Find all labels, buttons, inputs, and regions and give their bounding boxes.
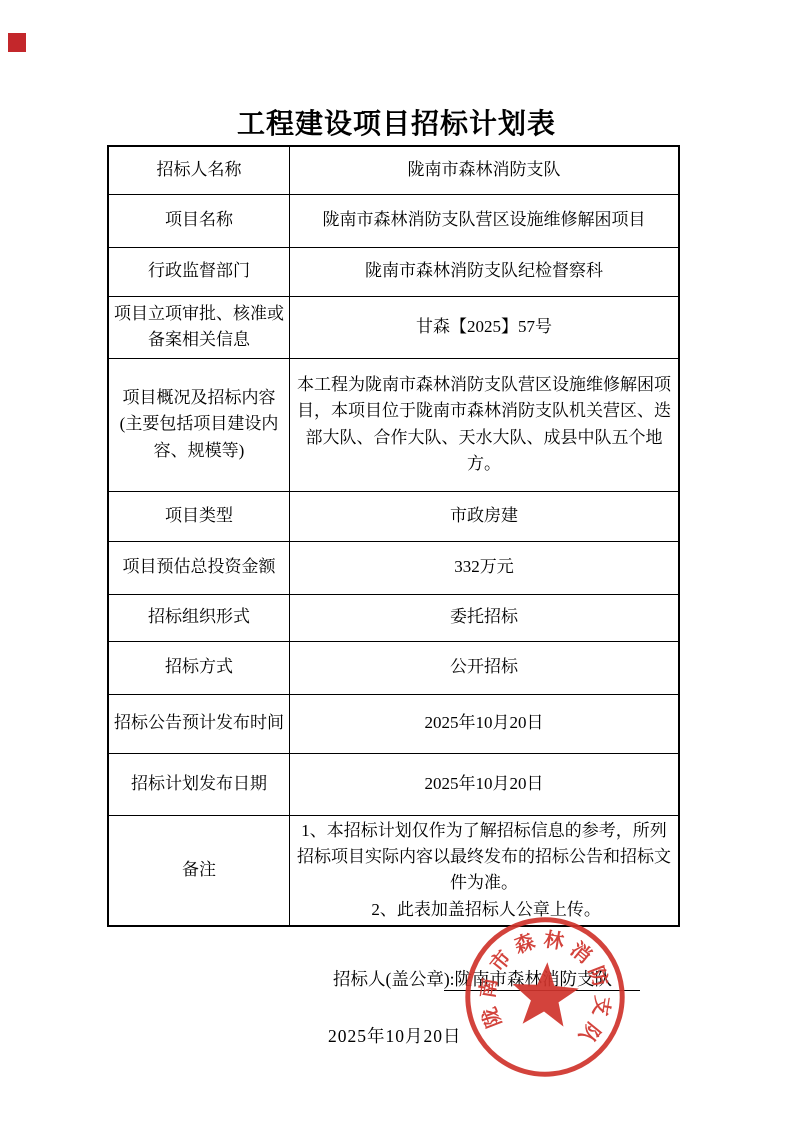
seal-char: 市: [486, 946, 516, 976]
row-label-remarks: 备注: [108, 815, 290, 926]
seal-char: 林: [542, 927, 566, 954]
seal-char: 队: [574, 1018, 604, 1048]
seal-char: 森: [511, 929, 538, 959]
row-value-announcement-time: 2025年10月20日: [290, 694, 680, 753]
row-label-bidder-name: 招标人名称: [108, 146, 290, 194]
table-row: 招标公告预计发布时间 2025年10月20日: [108, 694, 679, 753]
seal-char: 南: [476, 976, 502, 999]
table-row: 项目类型 市政房建: [108, 491, 679, 541]
row-value-estimated-investment: 332万元: [290, 541, 680, 594]
table-row: 备注 1、本招标计划仅作为了解招标信息的参考，所列招标项目实际内容以最终发布的招…: [108, 815, 679, 926]
row-label-organization-form: 招标组织形式: [108, 594, 290, 641]
table-row: 项目概况及招标内容(主要包括项目建设内容、规模等) 本工程为陇南市森林消防支队营…: [108, 358, 679, 491]
row-value-supervision-dept: 陇南市森林消防支队纪检督察科: [290, 247, 680, 296]
seal-char: 消: [566, 937, 597, 968]
row-value-remarks: 1、本招标计划仅作为了解招标信息的参考，所列招标项目实际内容以最终发布的招标公告…: [290, 815, 680, 926]
red-square-marker: [8, 33, 26, 52]
row-value-project-type: 市政房建: [290, 491, 680, 541]
row-value-project-overview: 本工程为陇南市森林消防支队营区设施维修解困项目，本项目位于陇南市森林消防支队机关…: [290, 358, 680, 491]
table-row: 项目名称 陇南市森林消防支队营区设施维修解困项目: [108, 194, 679, 247]
official-seal: 陇 南 市 森 林 消 防 支 队: [462, 914, 628, 1080]
row-value-bidding-method: 公开招标: [290, 641, 680, 694]
page-title: 工程建设项目招标计划表: [0, 102, 793, 142]
table-row: 招标人名称 陇南市森林消防支队: [108, 146, 679, 194]
table-row: 招标计划发布日期 2025年10月20日: [108, 753, 679, 815]
row-value-approval-info: 甘森【2025】57号: [290, 296, 680, 358]
row-label-project-type: 项目类型: [108, 491, 290, 541]
date-line: 2025年10月20日: [328, 1023, 462, 1048]
seal-char: 防: [584, 963, 614, 990]
row-label-project-overview: 项目概况及招标内容(主要包括项目建设内容、规模等): [108, 358, 290, 491]
seal-char: 陇: [477, 1004, 507, 1031]
seal-star-icon: [511, 959, 583, 1031]
table-row: 行政监督部门 陇南市森林消防支队纪检督察科: [108, 247, 679, 296]
row-label-estimated-investment: 项目预估总投资金额: [108, 541, 290, 594]
table-row: 招标组织形式 委托招标: [108, 594, 679, 641]
row-label-plan-publish-date: 招标计划发布日期: [108, 753, 290, 815]
row-label-approval-info: 项目立项审批、核准或备案相关信息: [108, 296, 290, 358]
table-row: 招标方式 公开招标: [108, 641, 679, 694]
row-value-organization-form: 委托招标: [290, 594, 680, 641]
seal-char: 支: [588, 994, 615, 1018]
row-label-supervision-dept: 行政监督部门: [108, 247, 290, 296]
table-row: 项目预估总投资金额 332万元: [108, 541, 679, 594]
row-label-announcement-time: 招标公告预计发布时间: [108, 694, 290, 753]
row-label-bidding-method: 招标方式: [108, 641, 290, 694]
signer-label: 招标人(盖公章: [333, 969, 444, 989]
row-value-plan-publish-date: 2025年10月20日: [290, 753, 680, 815]
row-label-project-name: 项目名称: [108, 194, 290, 247]
table-row: 项目立项审批、核准或备案相关信息 甘森【2025】57号: [108, 296, 679, 358]
bidding-plan-table: 招标人名称 陇南市森林消防支队 项目名称 陇南市森林消防支队营区设施维修解困项目…: [107, 145, 680, 927]
row-value-project-name: 陇南市森林消防支队营区设施维修解困项目: [290, 194, 680, 247]
row-value-bidder-name: 陇南市森林消防支队: [290, 146, 680, 194]
